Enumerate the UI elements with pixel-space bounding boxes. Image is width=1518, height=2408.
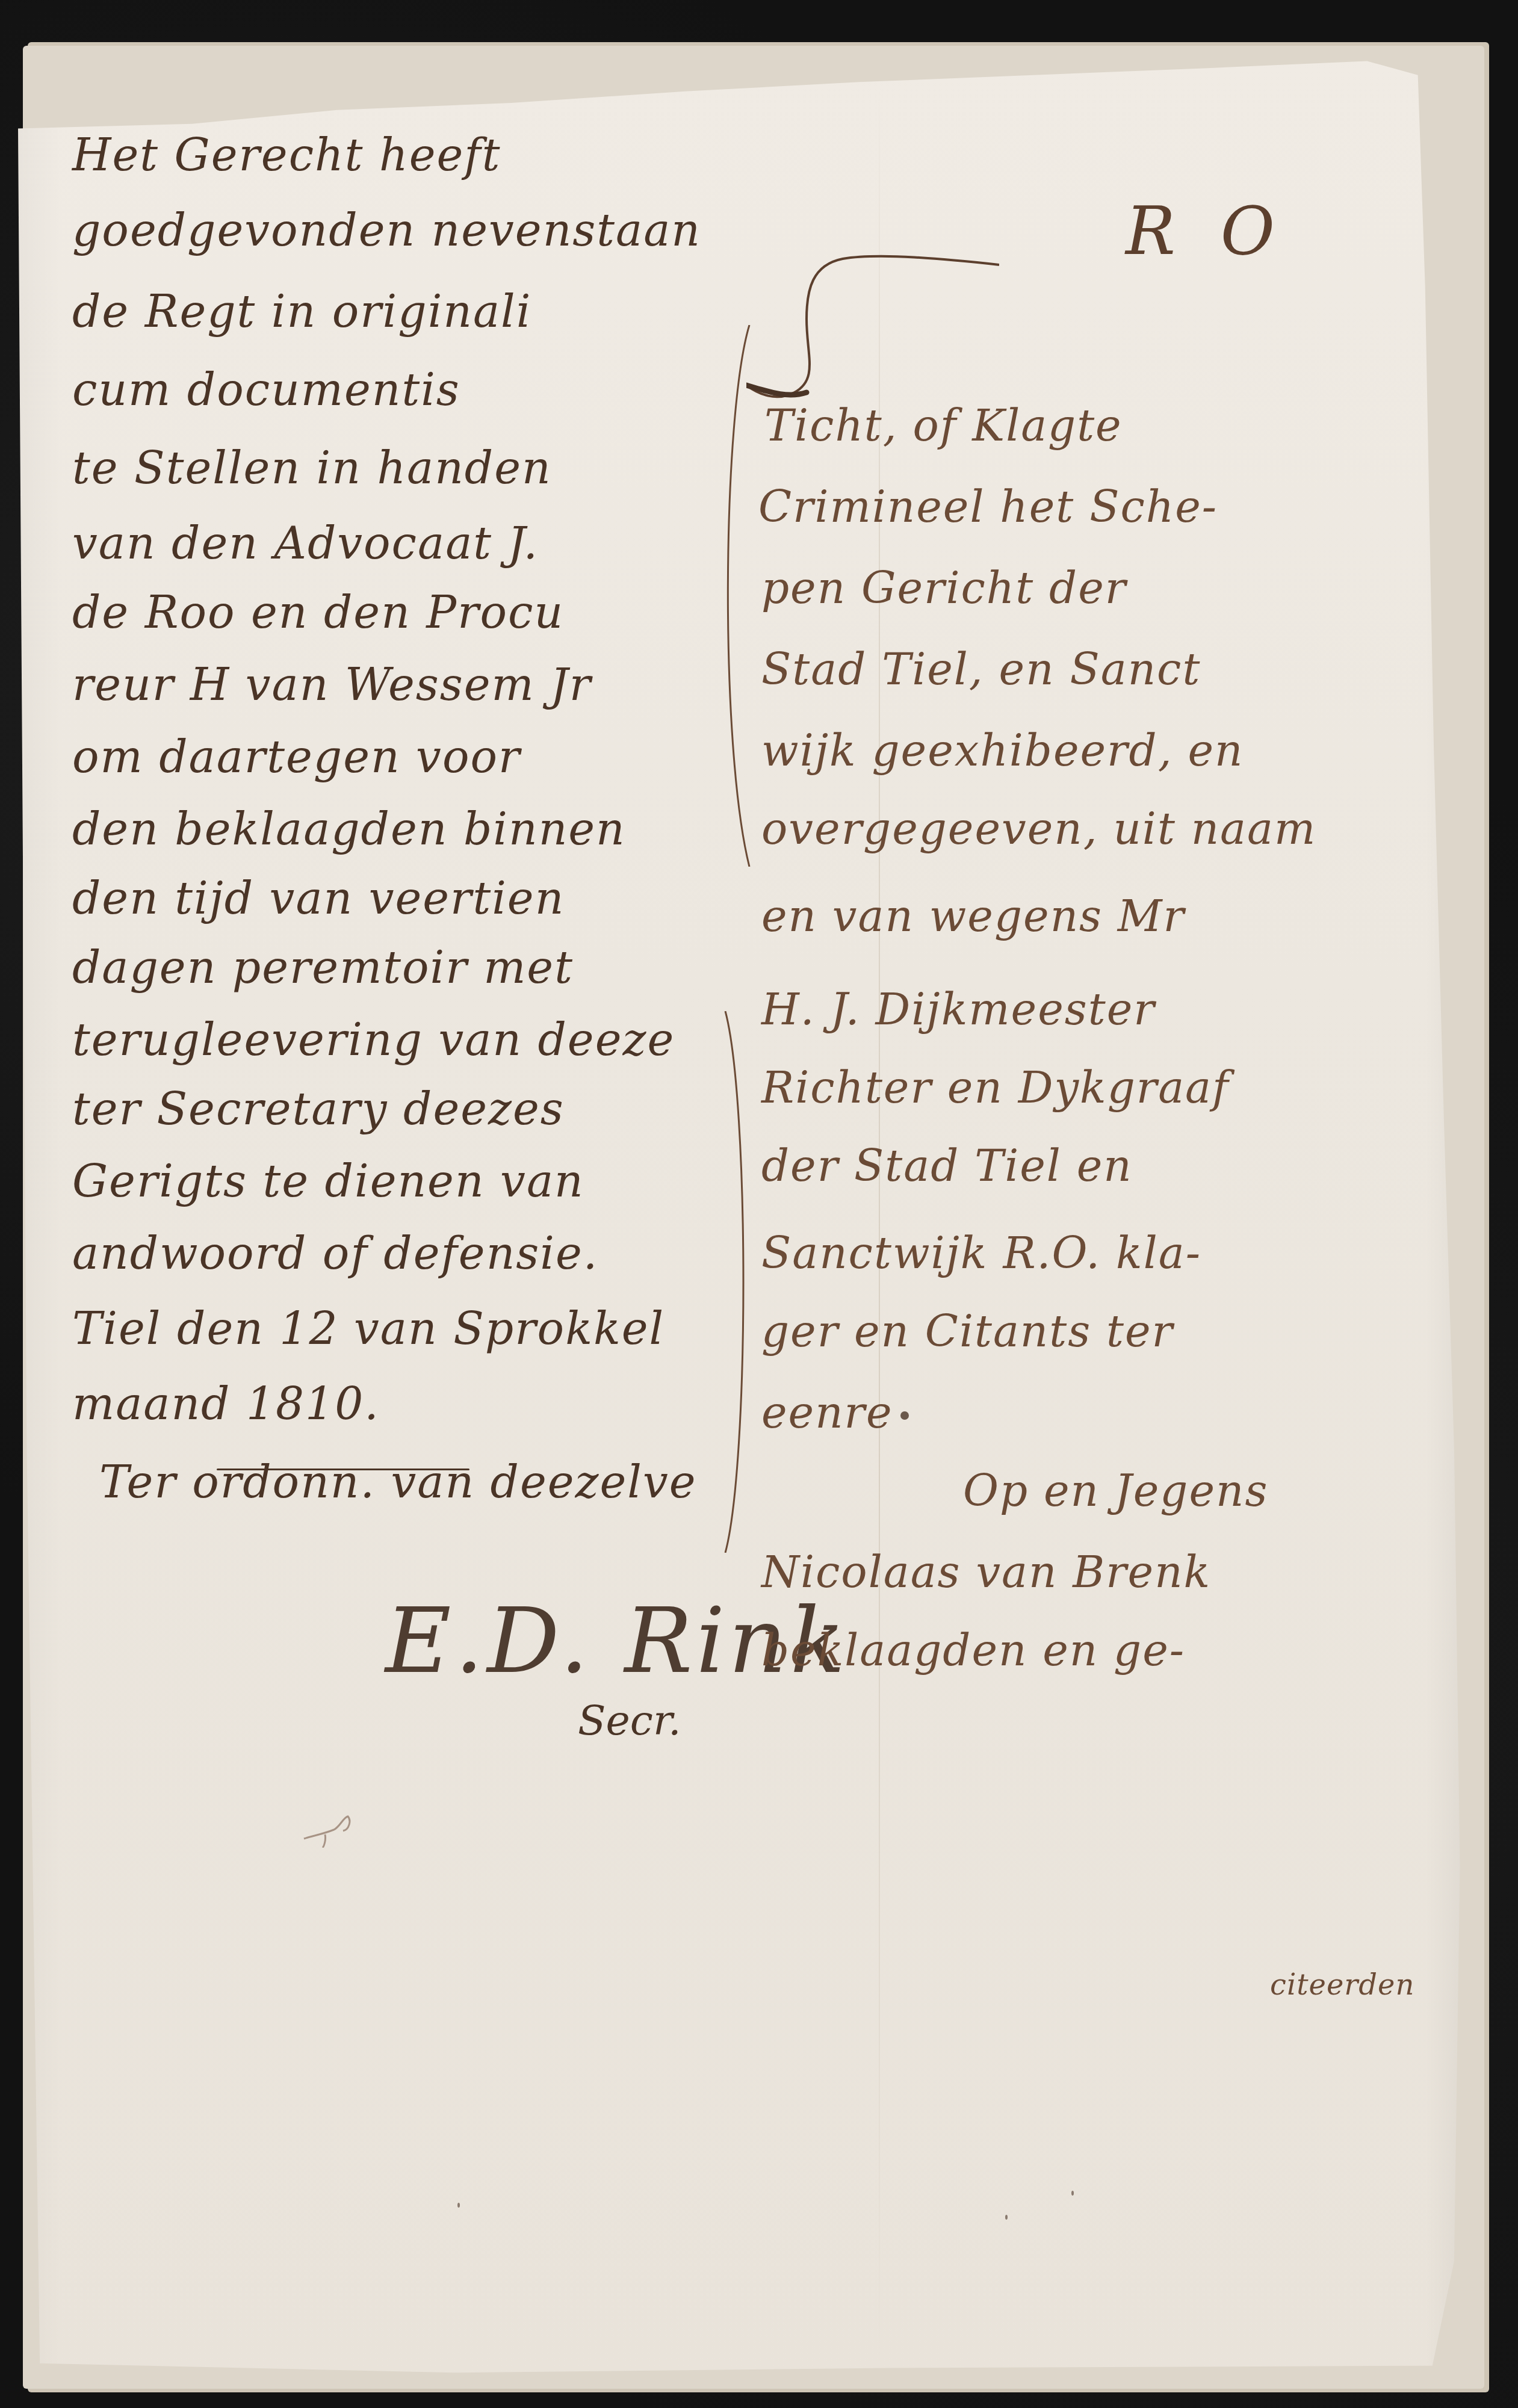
right-line: Nicolaas van Brenk [761, 1547, 1211, 1597]
left-line: reur H van Wessem Jr [72, 659, 592, 711]
catchword: citeerden [1270, 1968, 1414, 2002]
right-line: Sanctwijk R.O. kla- [761, 1228, 1201, 1278]
left-line: den beklaagden binnen [72, 803, 626, 855]
left-line: terugleevering van deeze [72, 1014, 675, 1066]
left-line: de Regt in originali [72, 286, 531, 338]
right-line: Richter en Dykgraaf [761, 1062, 1230, 1113]
bracket-close-icon [722, 1011, 752, 1553]
right-line: H. J. Dijkmeester [761, 984, 1156, 1035]
ink-mark-icon [301, 1812, 355, 1848]
left-line: dagen peremtoir met [72, 942, 574, 994]
right-line: overgegeeven, uit naam [761, 803, 1316, 854]
right-line: Stad Tiel, en Sanct [761, 644, 1201, 695]
right-line: Op en Jegens [963, 1466, 1268, 1516]
right-line: Crimineel het Sche- [758, 481, 1218, 532]
right-line: Ticht, of Klagte [764, 400, 1123, 451]
left-line: Tiel den 12 van Sprokkel [72, 1303, 665, 1355]
left-line: cum documentis [72, 364, 460, 416]
left-line: Het Gerecht heeft [72, 129, 501, 181]
bracket-open-icon [716, 325, 752, 867]
right-line: beklaagden en ge- [761, 1625, 1185, 1676]
left-line: van den Advocaat J. [72, 518, 539, 569]
left-line: om daartegen voor [72, 731, 521, 783]
paper-speck [457, 2203, 460, 2208]
right-line: wijk geexhibeerd, en [761, 725, 1244, 776]
ink-dot [900, 1411, 909, 1420]
right-line: eenre [761, 1387, 893, 1438]
left-line: Ter ordonn. van deezelve [99, 1456, 697, 1508]
left-line: maand 1810. [72, 1378, 380, 1430]
left-line: ter Secretary deezes [72, 1083, 565, 1135]
left-line: de Roo en den Procu [72, 587, 564, 639]
left-line: den tijd van veertien [72, 873, 565, 924]
document-header: R O [1126, 193, 1287, 270]
paper-speck [1071, 2191, 1074, 2196]
flourish-icon [746, 235, 999, 403]
right-line: der Stad Tiel en [761, 1141, 1133, 1191]
right-line: en van wegens Mr [761, 891, 1185, 941]
right-line: pen Gericht der [761, 563, 1127, 613]
right-line: ger en Citants ter [761, 1306, 1174, 1357]
paper-speck [1005, 2215, 1008, 2220]
left-line: goedgevonden nevenstaan [72, 205, 701, 256]
left-line: te Stellen in handen [72, 442, 552, 494]
left-line: Gerigts te dienen van [72, 1156, 584, 1207]
left-line: andwoord of defensie. [72, 1228, 598, 1280]
signature-title: Secr. [578, 1697, 681, 1745]
